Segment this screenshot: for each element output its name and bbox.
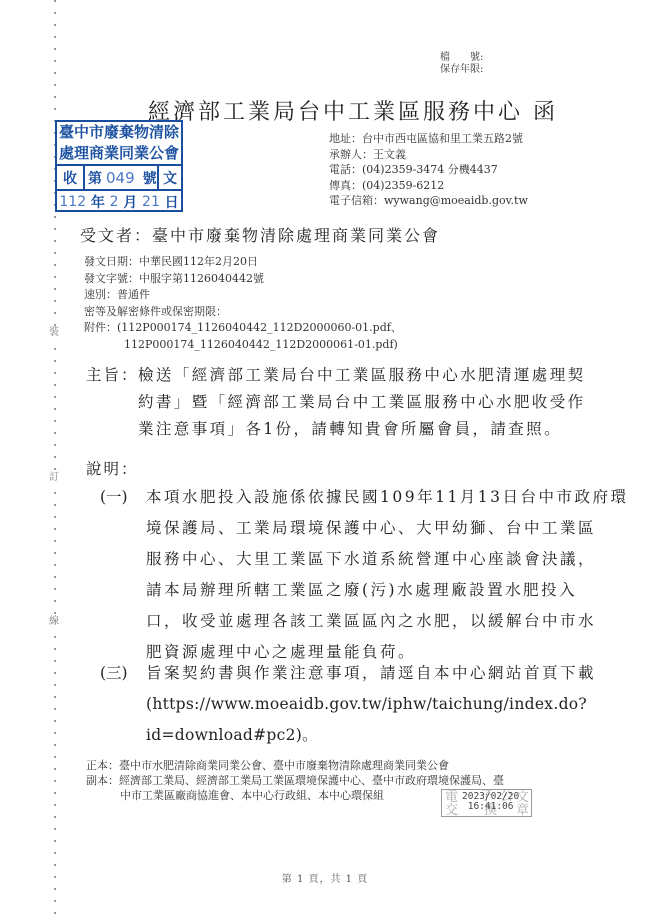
estamp-time: 16:41:06: [462, 802, 519, 812]
stamp-no-prefix: 第: [88, 168, 102, 188]
item-body: 旨案契約書與作業注意事項，請逕自本中心網站首頁下載 (https://www.m…: [146, 658, 596, 751]
document-number: 發文字號：中服字第1126040442號: [84, 271, 402, 288]
subject-line: 檢送「經濟部工業局台中工業區服務中心水肥清運處理契: [138, 362, 608, 389]
address: 地址：台中市西屯區協和里工業五路2號: [329, 131, 528, 147]
stamp-no-suffix: 號: [143, 168, 157, 188]
stamp-number-cell: 第 049 號: [85, 166, 159, 189]
attachment-line2: 112P000174_1126040442_112D2000061-01.pdf…: [84, 337, 402, 354]
recipient: 受文者：臺中市廢棄物清除處理商業同業公會: [80, 223, 440, 246]
item-line: 旨案契約書與作業注意事項，請逕自本中心網站首頁下載: [146, 658, 596, 689]
stamp-org-line1: 臺中市廢棄物清除: [57, 122, 181, 143]
stamp-number-row: 收 第 049 號 文: [57, 164, 181, 189]
email: 電子信箱：wywang@moeaidb.gov.tw: [329, 193, 528, 209]
item-line: 請本局辦理所轄工業區之廢(污)水處理廠設置水肥投入: [146, 575, 629, 606]
contact-block: 地址：台中市西屯區協和里工業五路2號 承辦人：王文義 電話：(04)2359-3…: [329, 131, 528, 209]
electronic-exchange-stamp: 電 子 公 文 交 換 章 2023/02/20 16:41:06: [441, 789, 532, 817]
item-line: 口，收受並處理各該工業區區內之水肥，以緩解台中市水: [146, 606, 629, 637]
download-url-line1[interactable]: (https://www.moeaidb.gov.tw/iphw/taichun…: [146, 689, 596, 720]
stamp-month: 2: [110, 194, 119, 210]
subject-line: 業注意事項」各1份，請轉知貴會所屬會員，請查照。: [138, 416, 608, 443]
subject-label: 主旨：: [86, 362, 139, 389]
stamp-no-value: 049: [106, 169, 135, 187]
stamp-doc: 文: [159, 166, 181, 189]
handler: 承辦人：王文義: [329, 147, 528, 163]
subject-line: 約書」暨「經濟部工業局台中工業區服務中心水肥收受作: [138, 389, 608, 416]
stamp-date-row: 112 年 2 月 21 日: [57, 189, 181, 213]
download-url-line2[interactable]: id=download#pc2)。: [146, 720, 596, 751]
stamp-day: 21: [142, 194, 160, 210]
item-body: 本項水肥投入設施係依據民國109年11月13日台中市政府環 境保護局、工業局環境…: [146, 482, 629, 668]
original-recipients: 正本：臺中市水肥清除商業同業公會、臺中市廢棄物清除處理商業同業公會: [86, 758, 504, 773]
binding-char-ding: 訂: [49, 472, 59, 484]
binding-char-xian: 線: [49, 616, 59, 628]
item-line: 境保護局、工業局環境保護中心、大甲幼獅、台中工業區: [146, 513, 629, 544]
secrecy-level: 密等及解密條件或保密期限：: [84, 304, 402, 321]
subject-body: 檢送「經濟部工業局台中工業區服務中心水肥清運處理契 約書」暨「經濟部工業局台中工…: [138, 362, 608, 443]
delivery-speed: 速別：普通件: [84, 287, 402, 304]
stamp-year-unit: 年: [91, 192, 105, 212]
stamp-month-unit: 月: [123, 192, 137, 212]
estamp-char: 交: [445, 804, 458, 817]
copy-recipients-line1: 副本：經濟部工業局、經濟部工業局工業區環境保護中心、臺中市政府環境保護局、臺: [86, 773, 504, 788]
received-stamp: 臺中市廢棄物清除 處理商業同業公會 收 第 049 號 文 112 年 2 月 …: [55, 120, 183, 212]
binding-char-zhuang: 裝: [49, 327, 59, 339]
fax: 傳真：(04)2359-6212: [329, 178, 528, 194]
attachment-line1: 附件：(112P000174_1126040442_112D2000060-01…: [84, 320, 402, 337]
phone: 電話：(04)2359-3474 分機4437: [329, 162, 528, 178]
retention-period-label: 保存年限:: [440, 64, 483, 76]
stamp-org-line2: 處理商業同業公會: [57, 143, 181, 164]
stamp-recv: 收: [57, 166, 85, 189]
item-line: 本項水肥投入設施係依據民國109年11月13日台中市政府環: [146, 482, 629, 513]
file-number-label: 檔 號:: [440, 52, 483, 64]
page-number: 第 1 頁，共 1 頁: [0, 870, 650, 885]
item-number: (三): [100, 658, 128, 689]
stamp-year: 112: [59, 194, 86, 210]
document-title: 經濟部工業局台中工業區服務中心 函: [148, 95, 558, 126]
item-number: (一): [100, 482, 128, 513]
document-meta: 發文日期：中華民國112年2月20日 發文字號：中服字第1126040442號 …: [84, 254, 402, 353]
item-line: 服務中心、大里工業區下水道系統營運中心座談會決議，: [146, 544, 629, 575]
archive-info: 檔 號: 保存年限:: [440, 52, 483, 76]
explanation-label: 說明：: [86, 457, 139, 479]
issue-date: 發文日期：中華民國112年2月20日: [84, 254, 402, 271]
stamp-day-unit: 日: [165, 192, 179, 212]
estamp-timestamp: 2023/02/20 16:41:06: [462, 792, 519, 812]
